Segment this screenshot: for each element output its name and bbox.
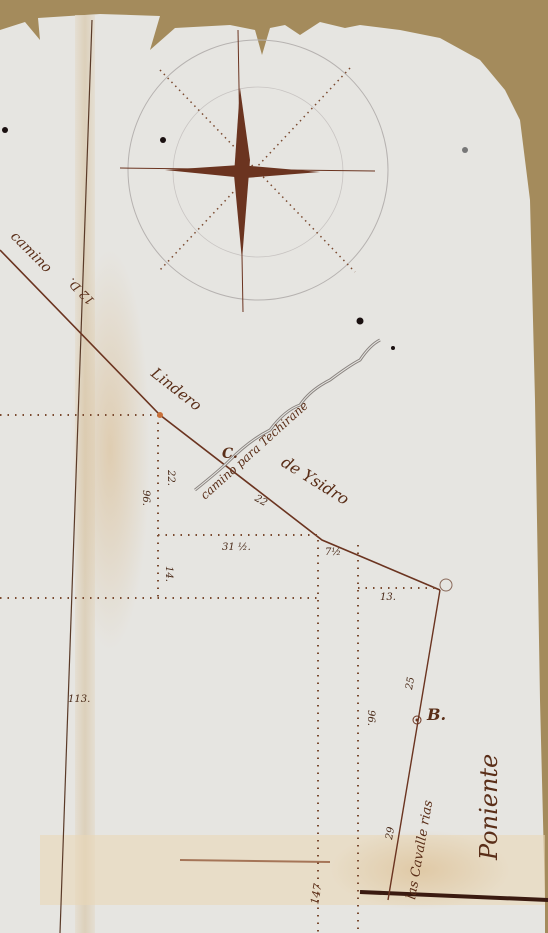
measure-14: 14. bbox=[163, 566, 174, 582]
measure-96-right: 96. bbox=[365, 710, 376, 726]
measure-96-left: 96. bbox=[140, 490, 151, 506]
label-point-b: B. bbox=[426, 705, 446, 724]
survey-map: camino 12 D. Lindero camino para Techira… bbox=[0, 0, 548, 933]
label-direction: Poniente bbox=[475, 754, 503, 861]
label-point-c: C. bbox=[222, 446, 238, 462]
measure-7-5: 7½ bbox=[325, 547, 341, 558]
measure-25: 25 bbox=[404, 676, 417, 691]
measure-113: 113. bbox=[68, 694, 90, 705]
measure-31-5: 31 ½. bbox=[222, 542, 251, 553]
point-marker bbox=[157, 412, 163, 418]
measure-22: 22. bbox=[165, 469, 176, 486]
measure-13: 13. bbox=[380, 592, 396, 603]
